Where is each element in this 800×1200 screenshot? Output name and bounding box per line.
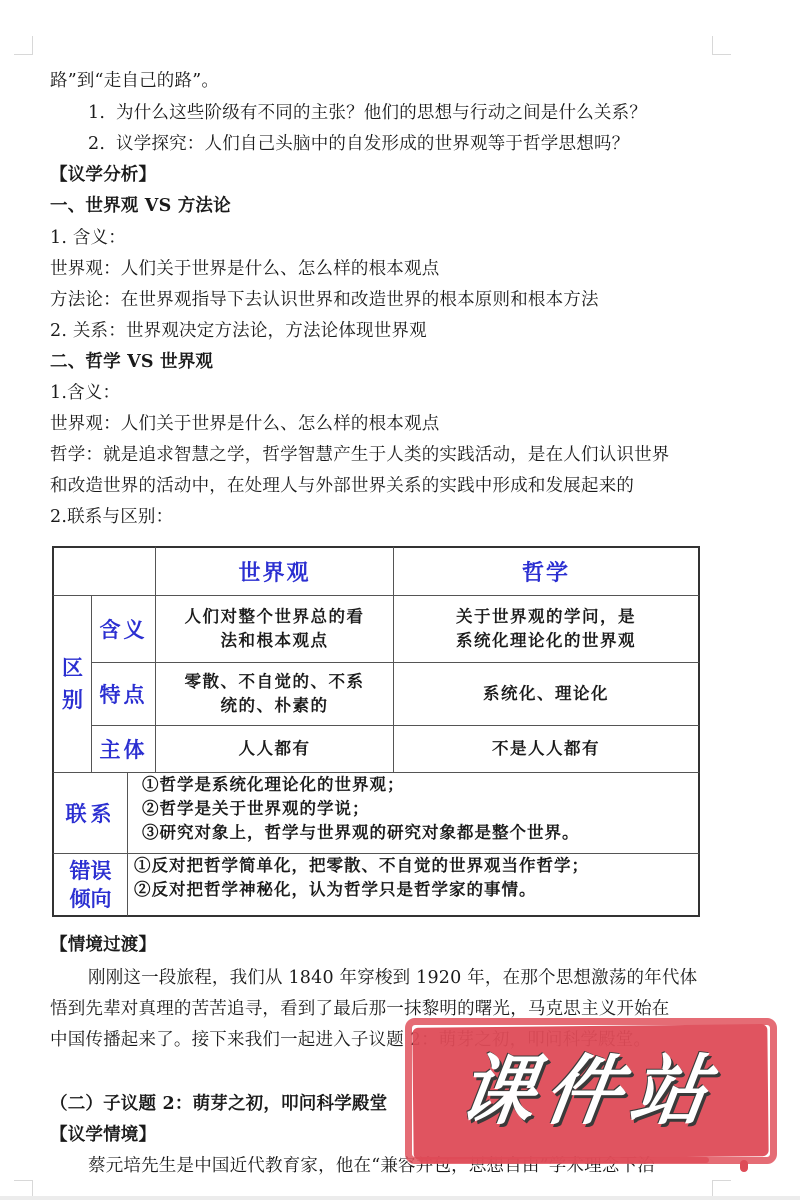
worldview-definition: 世界观：人们关于世界是什么、怎么样的根本观点 bbox=[50, 258, 439, 280]
meaning-label: 1.含义： bbox=[50, 382, 120, 404]
error-item: ①反对把哲学简单化，把零散、不自觉的世界观当作哲学； bbox=[134, 854, 589, 878]
connection-item: ③研究对象上，哲学与世界观的研究对象都是整个世界。 bbox=[142, 821, 580, 845]
page-corner-mark bbox=[712, 36, 731, 55]
stamp-dot bbox=[740, 1160, 748, 1172]
label-line: 错误 bbox=[70, 857, 112, 885]
philosophy-definition: 哲学：就是追求智慧之学，哲学智慧产生于人类的实践活动，是在人们认识世界 bbox=[50, 444, 670, 466]
cell-line: 法和根本观点 bbox=[221, 629, 329, 653]
relation-line: 2. 关系：世界观决定方法论，方法论体现世界观 bbox=[50, 320, 427, 342]
difference-label-char: 区 bbox=[62, 652, 83, 684]
error-tendency-label: 错误 倾向 bbox=[52, 853, 128, 917]
error-item: ②反对把哲学神秘化，认为哲学只是哲学家的事情。 bbox=[134, 878, 537, 902]
cell-line: 零散、不自觉的、不系 bbox=[185, 670, 365, 694]
question-text: 为什么这些阶级有不同的主张？他们的思想与行动之间是什么关系？ bbox=[116, 103, 647, 123]
section-heading-transition: 【情境过渡】 bbox=[50, 934, 156, 956]
cell-line: 统的、朴素的 bbox=[221, 694, 329, 718]
header-philosophy: 哲学 bbox=[393, 546, 700, 596]
connection-item: ②哲学是关于世界观的学说； bbox=[142, 797, 370, 821]
connection-item: ①哲学是系统化理论化的世界观； bbox=[142, 773, 405, 797]
philosophy-definition-cont: 和改造世界的活动中，在处理人与外部世界关系的实践中形成和发展起来的 bbox=[50, 475, 634, 497]
difference-label: 区 别 bbox=[52, 595, 92, 773]
worldview-features-cell: 零散、不自觉的、不系 统的、朴素的 bbox=[155, 662, 394, 726]
worldview-subject-cell: 人人都有 bbox=[155, 725, 394, 773]
question-text: 议学探究：人们自己头脑中的自发形成的世界观等于哲学思想吗？ bbox=[116, 134, 629, 154]
cell-line: 关于世界观的学问，是 bbox=[456, 605, 636, 629]
error-tendency-content: ①反对把哲学简单化，把零散、不自觉的世界观当作哲学； ②反对把哲学神秘化，认为哲… bbox=[127, 853, 700, 917]
page-corner-mark bbox=[14, 36, 33, 55]
philosophy-features-cell: 系统化、理论化 bbox=[393, 662, 700, 726]
cell-line: 人们对整个世界总的看 bbox=[185, 605, 365, 629]
question-number: 1. bbox=[88, 102, 116, 124]
worldview-meaning-cell: 人们对整个世界总的看 法和根本观点 bbox=[155, 595, 394, 663]
meaning-label: 1. 含义： bbox=[50, 227, 126, 249]
methodology-definition: 方法论：在世界观指导下去认识世界和改造世界的根本原则和根本方法 bbox=[50, 289, 599, 311]
difference-label-char: 别 bbox=[62, 684, 83, 716]
table-corner-cell bbox=[52, 546, 156, 596]
section-heading-context: 【议学情境】 bbox=[50, 1124, 156, 1146]
cell-line: 系统化理论化的世界观 bbox=[456, 629, 636, 653]
row-label-features: 特点 bbox=[91, 662, 156, 726]
watermark-text: 课件站 bbox=[417, 1046, 760, 1136]
subtopic-title: （二）子议题 2：萌芽之初，叩问科学殿堂 bbox=[50, 1093, 387, 1115]
question-1: 1.为什么这些阶级有不同的主张？他们的思想与行动之间是什么关系？ bbox=[88, 102, 647, 124]
header-worldview: 世界观 bbox=[155, 546, 394, 596]
connection-content: ①哲学是系统化理论化的世界观； ②哲学是关于世界观的学说； ③研究对象上，哲学与… bbox=[127, 772, 700, 854]
connection-label: 联系 bbox=[52, 772, 128, 854]
question-2: 2.议学探究：人们自己头脑中的自发形成的世界观等于哲学思想吗？ bbox=[88, 133, 629, 155]
section-title-2: 二、哲学 VS 世界观 bbox=[50, 351, 213, 373]
paragraph-continuation: 路”到“走自己的路”。 bbox=[50, 70, 219, 92]
section-title-1: 一、世界观 VS 方法论 bbox=[50, 195, 231, 217]
section-heading-analysis: 【议学分析】 bbox=[50, 164, 156, 186]
transition-paragraph: 刚刚这一段旅程，我们从 1840 年穿梭到 1920 年，在那个思想激荡的年代体 bbox=[88, 967, 697, 989]
relation-difference-label: 2.联系与区别： bbox=[50, 506, 173, 528]
worldview-definition: 世界观：人们关于世界是什么、怎么样的根本观点 bbox=[50, 413, 439, 435]
watermark-stamp: 课件站 bbox=[405, 1012, 785, 1170]
row-label-meaning: 含义 bbox=[91, 595, 156, 663]
philosophy-meaning-cell: 关于世界观的学问，是 系统化理论化的世界观 bbox=[393, 595, 700, 663]
question-number: 2. bbox=[88, 133, 116, 155]
label-line: 倾向 bbox=[70, 885, 112, 913]
page-bottom-edge bbox=[0, 1196, 800, 1200]
row-label-subject: 主体 bbox=[91, 725, 156, 773]
philosophy-subject-cell: 不是人人都有 bbox=[393, 725, 700, 773]
stamp-smear bbox=[419, 1157, 709, 1163]
